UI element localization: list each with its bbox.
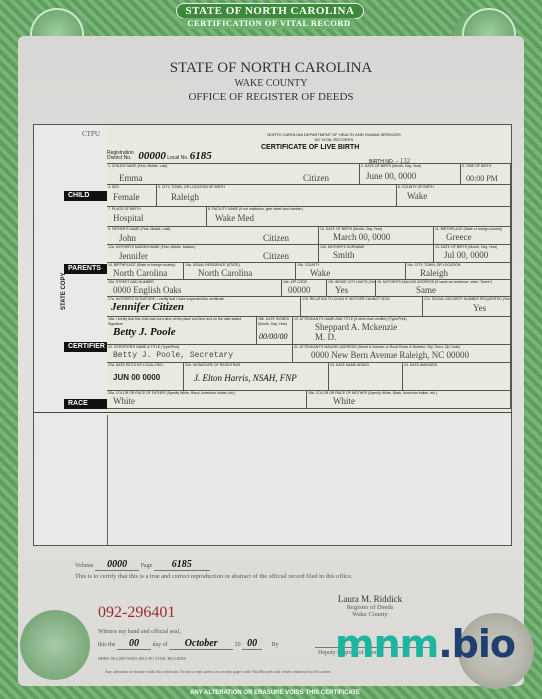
field-father-name: 9. FATHER'S NAME (First, Middle, Last) J…	[107, 227, 319, 245]
page-value: 6185	[154, 559, 210, 571]
time-of-birth-value: 00:00 PM	[461, 173, 510, 184]
form-fields: NORTH CAROLINA DEPARTMENT OF HEALTH AND …	[107, 125, 511, 415]
field-label: 17c. SOCIAL SECURITY NUMBER REQUESTED (Y…	[423, 297, 510, 302]
field-label: 22a. DATE REC'D BY LOCAL REG.	[107, 363, 183, 368]
mother-dob-value: Jul 00, 0000	[434, 250, 510, 261]
local-no-value: 6185	[190, 150, 212, 162]
field-city-of-birth: 5. CITY, TOWN, OR LOCATION OF BIRTH Rale…	[157, 185, 397, 207]
warning-text: Any alteration or erasure voids this cer…	[105, 669, 331, 674]
residence-state-value: North Carolina	[184, 268, 295, 279]
field-label: 1. CHILD'S NAME (First, Middle, Last)	[107, 164, 359, 169]
mother-signature-value: Jennifer Citizen	[107, 302, 300, 313]
watermark: mnm.bio	[335, 622, 515, 666]
division-line: NC VITAL RECORDS	[234, 137, 434, 142]
field-label: 22b. SIGNATURE OF REGISTRAR	[184, 363, 328, 368]
corner-code: CTPU	[82, 130, 100, 138]
city-of-birth-value: Raleigh	[157, 192, 396, 203]
registrar-title: Register of Deeds	[290, 604, 450, 611]
field-label: 17b. RELATION TO CHILD IF MOTHER CANNOT …	[301, 297, 422, 302]
field-father-dob: 10. DATE OF BIRTH (Month, Day, Year) Mar…	[319, 227, 434, 245]
place-of-birth-value: Hospital	[107, 213, 206, 224]
field-label: 3. TIME OF BIRTH	[461, 164, 510, 169]
volume-value: 0000	[95, 559, 139, 571]
zip-value: 00000	[282, 285, 326, 296]
mother-race-value: White	[307, 396, 510, 407]
birth-certificate-form: CTPU CHILD PARENTS CERTIFIER RACE STATE …	[33, 124, 512, 546]
field-certifier-statement: 18a. I certify that this child was born …	[107, 317, 257, 345]
field-label: 6. COUNTY OF BIRTH	[397, 185, 510, 190]
day-of-label: day of	[153, 642, 168, 648]
field-label: 24. DATE AMENDED	[403, 363, 510, 368]
section-label-child: CHILD	[64, 191, 108, 201]
mailing-address-value: Same	[376, 285, 510, 296]
county-of-birth-value: Wake	[397, 191, 510, 202]
registrar-signature: J. Elton Harris, NSAH, FNP	[184, 373, 328, 384]
inside-city-value: Yes	[327, 285, 375, 296]
certificate-title: CERTIFICATE OF LIVE BIRTH	[261, 144, 359, 151]
field-label: 12a. MOTHER'S MAIDEN NAME (First, Middle…	[107, 245, 318, 250]
by-label: By	[272, 642, 279, 648]
field-label: 16. MOTHER'S MAILING ADDRESS (If same as…	[376, 280, 510, 285]
banner-certification-title: CERTIFICATION OF VITAL RECORD	[183, 18, 355, 29]
local-no-label: Local No.	[167, 155, 188, 161]
field-child-name: 1. CHILD'S NAME (First, Middle, Last) Em…	[107, 163, 360, 185]
registration-district: Registration District No. 00000 Local No…	[107, 151, 212, 161]
registrar-county: Wake County	[290, 611, 450, 618]
registrar-block: Laura M. Riddick Register of Deeds Wake …	[290, 594, 450, 618]
field-label: 7. PLACE OF BIRTH	[107, 207, 206, 212]
field-father-birthplace: 11. BIRTHPLACE (State or foreign country…	[434, 227, 511, 245]
father-birthplace-value: Greece	[434, 232, 510, 243]
father-dob-value: March 00, 0000	[319, 232, 433, 243]
year-prefix: 20	[235, 642, 241, 648]
form-sidebar: CTPU CHILD PARENTS CERTIFIER RACE STATE …	[34, 125, 108, 545]
field-mother-dob: 13. DATE OF BIRTH (Month, Day, Year) Jul…	[434, 245, 511, 263]
attendant-title: M. D.	[293, 332, 510, 342]
issue-month: October	[169, 638, 233, 650]
field-mailing-address: 16. MOTHER'S MAILING ADDRESS (If same as…	[376, 280, 511, 297]
field-label: 18b. DATE SIGNED (Month, Day, Year)	[257, 317, 292, 327]
field-label: 2. DATE OF BIRTH (Month, Day, Year)	[360, 164, 460, 169]
field-street: 15d. STREET AND NUMBER 0000 English Oaks	[107, 280, 282, 297]
field-certifier-name: 20. CERTIFIER'S NAME & TITLE (Type/Print…	[107, 345, 293, 363]
field-ssn-requested: 17c. SOCIAL SECURITY NUMBER REQUESTED (Y…	[423, 297, 511, 317]
witness-line: Witness my hand and official seal,	[98, 629, 181, 635]
field-date-amended: 24. DATE AMENDED	[403, 363, 511, 391]
field-registrar-signature: 22b. SIGNATURE OF REGISTRAR J. Elton Har…	[184, 363, 329, 391]
state-copy-label: STATE COPY	[61, 273, 67, 310]
volume-label: Volume	[75, 563, 94, 569]
field-inside-city: 15f. INSIDE CITY LIMITS (Yes or No) Yes	[327, 280, 376, 297]
father-race-value: White	[107, 396, 306, 407]
section-label-parents: PARENTS	[64, 264, 108, 274]
field-mother-birthplace: 14. BIRTHPLACE (State or foreign country…	[107, 263, 184, 280]
field-father-race: 25a. COLOR OR RACE OF FATHER (Specify Wh…	[107, 391, 307, 409]
certifier-signature: Betty J. Poole	[107, 327, 256, 338]
volume-page-line: Volume 0000 Page 6185	[75, 559, 210, 571]
field-mother-surname: 12b. MOTHER'S SURNAME Smith	[319, 245, 434, 263]
mother-surname-value: Smith	[319, 250, 433, 261]
residence-county-value: Wake	[296, 268, 405, 279]
this-label: this the	[98, 642, 116, 648]
date-of-birth-value: June 00, 0000	[360, 171, 460, 182]
attendant-name: Sheppard A. Mckenzie	[293, 322, 510, 332]
registration-district-value: 00000	[138, 150, 166, 162]
watermark-part2: .bio	[438, 622, 515, 666]
date-of-issue-line: this the 00 day of October 20 00 By	[98, 638, 279, 650]
field-residence-city: 15c. CITY, TOWN, OR LOCATION Raleigh	[406, 263, 511, 280]
header-county: WAKE COUNTY	[0, 78, 542, 89]
residence-city-value: Raleigh	[406, 268, 510, 279]
field-facility-name: 8. FACILITY NAME (If not institution, gi…	[207, 207, 511, 227]
field-date-signed: 18b. DATE SIGNED (Month, Day, Year) 00/0…	[257, 317, 293, 345]
field-mother-signature: 17a. MOTHER'S SIGNATURE: I certify that …	[107, 297, 301, 317]
field-label: 23. DATE NAME ADDED	[329, 363, 402, 368]
header-office: OFFICE OF REGISTER OF DEEDS	[0, 91, 542, 103]
attendant-address-value: 0000 New Bern Avenue Raleigh, NC 00000	[293, 350, 510, 361]
bottom-warning-band: ANY ALTERATION OR ERASURE VOIDS THIS CER…	[60, 688, 490, 698]
registrar-name: Laura M. Riddick	[290, 594, 450, 604]
field-attendant-address: 21. ATTENDANT'S MAILING ADDRESS (Street …	[293, 345, 511, 363]
field-residence-state: 15a. USUAL RESIDENCE (STATE) North Carol…	[184, 263, 296, 280]
field-label: 5. CITY, TOWN, OR LOCATION OF BIRTH	[157, 185, 396, 190]
certifier-name-value: Betty J. Poole, Secretary	[107, 350, 292, 361]
certify-statement: This is to certify that this is a true a…	[75, 573, 352, 580]
field-date-name-added: 23. DATE NAME ADDED	[329, 363, 403, 391]
embossed-seal-left-icon	[20, 610, 90, 680]
sex-value: Female	[107, 192, 156, 203]
field-place-of-birth: 7. PLACE OF BIRTH Hospital	[107, 207, 207, 227]
field-mother-maiden-name: 12a. MOTHER'S MAIDEN NAME (First, Middle…	[107, 245, 319, 263]
form-bottom-rule	[34, 412, 511, 413]
field-mother-race: 25b. COLOR OR RACE OF MOTHER (Specify Wh…	[307, 391, 511, 409]
field-county-of-birth: 6. COUNTY OF BIRTH Wake	[397, 185, 511, 207]
mother-last-name: Citizen	[257, 251, 289, 262]
facility-name-value: Wake Med	[207, 213, 510, 224]
header-state: STATE OF NORTH CAROLINA	[0, 60, 542, 77]
field-label: 9. FATHER'S NAME (First, Middle, Last)	[107, 227, 318, 232]
form-code: DHHS 3814 (REVISED 2001) NC VITAL RECORD…	[98, 656, 186, 661]
field-label: 8. FACILITY NAME (If not institution, gi…	[207, 207, 510, 212]
mother-first-name: Jennifer	[113, 251, 148, 262]
field-date-of-birth: 2. DATE OF BIRTH (Month, Day, Year) June…	[360, 163, 461, 185]
field-time-of-birth: 3. TIME OF BIRTH 00:00 PM	[461, 163, 511, 185]
page-label: Page	[141, 563, 153, 569]
section-label-race: RACE	[64, 399, 108, 409]
serial-number: 092-296401	[98, 604, 175, 622]
mother-birthplace-value: North Carolina	[107, 268, 183, 279]
department-name: NORTH CAROLINA DEPARTMENT OF HEALTH AND …	[234, 132, 434, 142]
field-relation: 17b. RELATION TO CHILD IF MOTHER CANNOT …	[301, 297, 423, 317]
child-last-name: Citizen	[297, 173, 329, 184]
field-residence-county: 15b. COUNTY Wake	[296, 263, 406, 280]
field-zip: 15e. ZIP CODE 00000	[282, 280, 327, 297]
street-value: 0000 English Oaks	[107, 285, 281, 296]
section-label-certifier: CERTIFIER	[64, 342, 108, 352]
watermark-part1: mnm	[335, 622, 438, 666]
issue-year: 00	[242, 638, 262, 650]
ssn-requested-value: Yes	[423, 303, 510, 314]
date-signed-value: 00/00/00	[257, 331, 292, 342]
field-sex: 4. SEX Female	[107, 185, 157, 207]
issue-day: 00	[117, 638, 151, 650]
field-label: 4. SEX	[107, 185, 156, 190]
child-first-name: Emma	[113, 173, 143, 184]
date-received-value: JUN 00 0000	[107, 372, 183, 383]
field-attendant: 19. ATTENDANT'S NAME AND TITLE (If other…	[293, 317, 511, 345]
father-first-name: John	[113, 233, 136, 244]
registration-label: Registration District No.	[107, 151, 137, 161]
father-last-name: Citizen	[257, 233, 289, 244]
banner-state-title: STATE OF NORTH CAROLINA	[176, 3, 364, 19]
field-date-received: 22a. DATE REC'D BY LOCAL REG. JUN 00 000…	[107, 363, 184, 391]
